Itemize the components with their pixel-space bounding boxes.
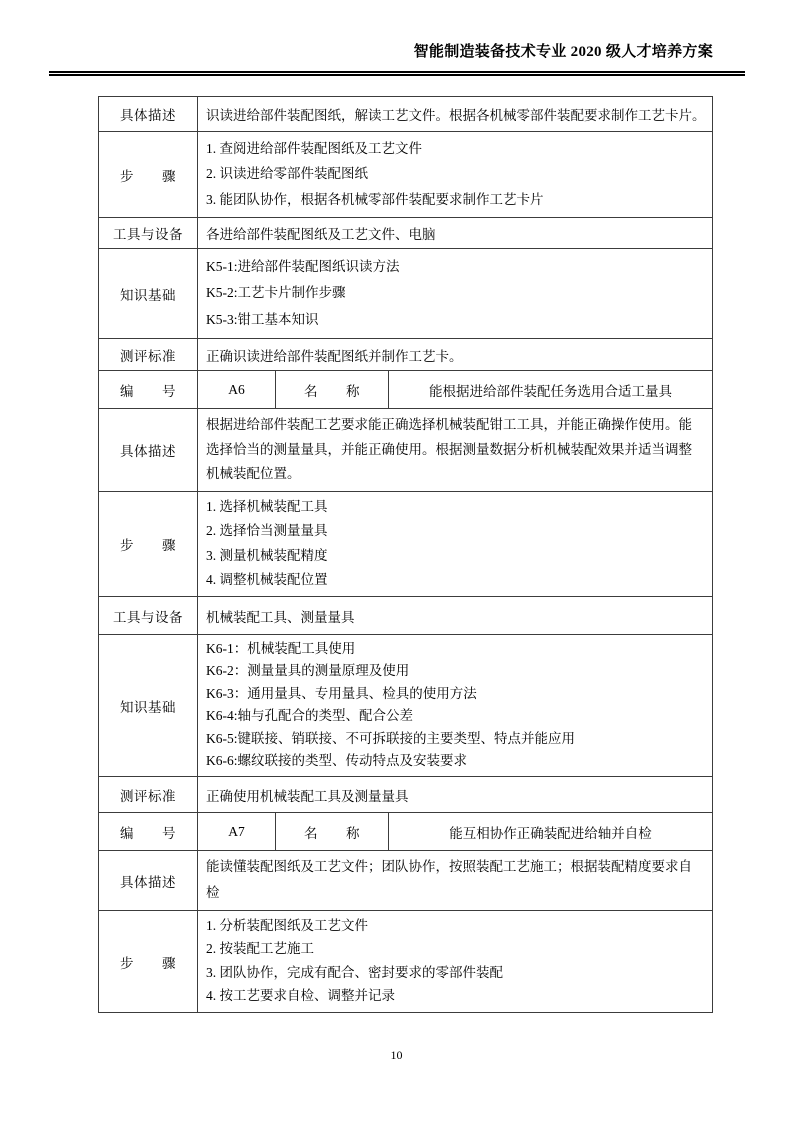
table-row: 知识基础 K6-1：机械装配工具使用 K6-2：测量量具的测量原理及使用 K6-… bbox=[99, 635, 713, 777]
description-line: 根据进给部件装配工艺要求能正确选择机械装配钳工工具，并能正确操作使用。能 bbox=[206, 417, 712, 434]
table-row-task-id: 编 号 A7 名 称 能互相协作正确装配进给轴并自检 bbox=[99, 813, 713, 851]
header-divider-rule bbox=[49, 71, 745, 76]
row-content: 1. 查阅进给部件装配图纸及工艺文件 2. 识读进给零部件装配图纸 3. 能团队… bbox=[198, 132, 713, 218]
step-line: 4. 按工艺要求自检、调整并记录 bbox=[206, 988, 712, 1005]
row-content: 正确使用机械装配工具及测量量具 bbox=[198, 777, 713, 813]
step-line: 1. 查阅进给部件装配图纸及工艺文件 bbox=[206, 141, 712, 158]
row-label: 测评标准 bbox=[99, 777, 198, 813]
knowledge-line: K5-1:进给部件装配图纸识读方法 bbox=[206, 259, 712, 276]
row-label: 具体描述 bbox=[99, 97, 198, 132]
knowledge-line: K6-6:螺纹联接的类型、传动特点及安装要求 bbox=[206, 753, 712, 770]
description-line: 选择恰当的测量量具，并能正确使用。根据测量数据分析机械装配效果并适当调整 bbox=[206, 442, 712, 459]
description-line: 检 bbox=[206, 885, 712, 902]
row-content: 1. 分析装配图纸及工艺文件 2. 按装配工艺施工 3. 团队协作，完成有配合、… bbox=[198, 911, 713, 1013]
step-line: 1. 分析装配图纸及工艺文件 bbox=[206, 918, 712, 935]
name-label-cell: 名 称 bbox=[276, 371, 389, 409]
knowledge-line: K5-2:工艺卡片制作步骤 bbox=[206, 285, 712, 302]
page-number: 10 bbox=[0, 1048, 793, 1063]
row-content: 识读进给部件装配图纸，解读工艺文件。根据各机械零部件装配要求制作工艺卡片。 bbox=[198, 97, 713, 132]
row-label: 步 骤 bbox=[99, 911, 198, 1013]
table-row: 工具与设备 各进给部件装配图纸及工艺文件、电脑 bbox=[99, 218, 713, 249]
step-line: 2. 按装配工艺施工 bbox=[206, 941, 712, 958]
row-label: 步 骤 bbox=[99, 132, 198, 218]
knowledge-line: K6-3：通用量具、专用量具、检具的使用方法 bbox=[206, 686, 712, 703]
step-line: 3. 能团队协作，根据各机械零部件装配要求制作工艺卡片 bbox=[206, 192, 712, 209]
table-row: 知识基础 K5-1:进给部件装配图纸识读方法 K5-2:工艺卡片制作步骤 K5-… bbox=[99, 249, 713, 339]
document-page: 智能制造装备技术专业 2020 级人才培养方案 具体描述 识读进给部件装配图纸，… bbox=[0, 0, 793, 1122]
row-content: 正确识读进给部件装配图纸并制作工艺卡。 bbox=[198, 339, 713, 371]
table-row-task-id: 编 号 A6 名 称 能根据进给部件装配任务选用合适工量具 bbox=[99, 371, 713, 409]
row-label: 工具与设备 bbox=[99, 218, 198, 249]
row-label: 具体描述 bbox=[99, 409, 198, 492]
knowledge-line: K6-1：机械装配工具使用 bbox=[206, 641, 712, 658]
table-row: 工具与设备 机械装配工具、测量量具 bbox=[99, 597, 713, 635]
task-code-cell: A6 bbox=[198, 371, 276, 409]
table-row: 具体描述 识读进给部件装配图纸，解读工艺文件。根据各机械零部件装配要求制作工艺卡… bbox=[99, 97, 713, 132]
row-label: 测评标准 bbox=[99, 339, 198, 371]
row-label: 知识基础 bbox=[99, 635, 198, 777]
row-label: 编 号 bbox=[99, 371, 198, 409]
knowledge-line: K6-2：测量量具的测量原理及使用 bbox=[206, 663, 712, 680]
description-line: 能读懂装配图纸及工艺文件；团队协作，按照装配工艺施工；根据装配精度要求自 bbox=[206, 859, 712, 876]
page-header-title: 智能制造装备技术专业 2020 级人才培养方案 bbox=[414, 40, 713, 61]
row-content: K5-1:进给部件装配图纸识读方法 K5-2:工艺卡片制作步骤 K5-3:钳工基… bbox=[198, 249, 713, 339]
step-line: 2. 识读进给零部件装配图纸 bbox=[206, 166, 712, 183]
row-label: 步 骤 bbox=[99, 492, 198, 597]
step-line: 3. 团队协作，完成有配合、密封要求的零部件装配 bbox=[206, 965, 712, 982]
training-task-table: 具体描述 识读进给部件装配图纸，解读工艺文件。根据各机械零部件装配要求制作工艺卡… bbox=[98, 96, 713, 1013]
table-row: 步 骤 1. 查阅进给部件装配图纸及工艺文件 2. 识读进给零部件装配图纸 3.… bbox=[99, 132, 713, 218]
row-label: 知识基础 bbox=[99, 249, 198, 339]
task-name-cell: 能根据进给部件装配任务选用合适工量具 bbox=[389, 371, 713, 409]
table-row: 测评标准 正确使用机械装配工具及测量量具 bbox=[99, 777, 713, 813]
row-content: 1. 选择机械装配工具 2. 选择恰当测量量具 3. 测量机械装配精度 4. 调… bbox=[198, 492, 713, 597]
step-line: 4. 调整机械装配位置 bbox=[206, 572, 712, 589]
row-label: 工具与设备 bbox=[99, 597, 198, 635]
table-row: 测评标准 正确识读进给部件装配图纸并制作工艺卡。 bbox=[99, 339, 713, 371]
knowledge-line: K6-5:键联接、销联接、不可拆联接的主要类型、特点并能应用 bbox=[206, 731, 712, 748]
row-content: 机械装配工具、测量量具 bbox=[198, 597, 713, 635]
table-row: 步 骤 1. 选择机械装配工具 2. 选择恰当测量量具 3. 测量机械装配精度 … bbox=[99, 492, 713, 597]
row-content: 根据进给部件装配工艺要求能正确选择机械装配钳工工具，并能正确操作使用。能 选择恰… bbox=[198, 409, 713, 492]
name-label-cell: 名 称 bbox=[276, 813, 389, 851]
row-content: 各进给部件装配图纸及工艺文件、电脑 bbox=[198, 218, 713, 249]
step-line: 3. 测量机械装配精度 bbox=[206, 548, 712, 565]
row-label: 编 号 bbox=[99, 813, 198, 851]
knowledge-line: K5-3:钳工基本知识 bbox=[206, 312, 712, 329]
table-row: 具体描述 根据进给部件装配工艺要求能正确选择机械装配钳工工具，并能正确操作使用。… bbox=[99, 409, 713, 492]
step-line: 2. 选择恰当测量量具 bbox=[206, 523, 712, 540]
description-line: 机械装配位置。 bbox=[206, 466, 712, 483]
table-row: 步 骤 1. 分析装配图纸及工艺文件 2. 按装配工艺施工 3. 团队协作，完成… bbox=[99, 911, 713, 1013]
row-label: 具体描述 bbox=[99, 851, 198, 911]
row-content: 能读懂装配图纸及工艺文件；团队协作，按照装配工艺施工；根据装配精度要求自 检 bbox=[198, 851, 713, 911]
row-content: K6-1：机械装配工具使用 K6-2：测量量具的测量原理及使用 K6-3：通用量… bbox=[198, 635, 713, 777]
task-code-cell: A7 bbox=[198, 813, 276, 851]
step-line: 1. 选择机械装配工具 bbox=[206, 499, 712, 516]
task-name-cell: 能互相协作正确装配进给轴并自检 bbox=[389, 813, 713, 851]
table-row: 具体描述 能读懂装配图纸及工艺文件；团队协作，按照装配工艺施工；根据装配精度要求… bbox=[99, 851, 713, 911]
knowledge-line: K6-4:轴与孔配合的类型、配合公差 bbox=[206, 708, 712, 725]
